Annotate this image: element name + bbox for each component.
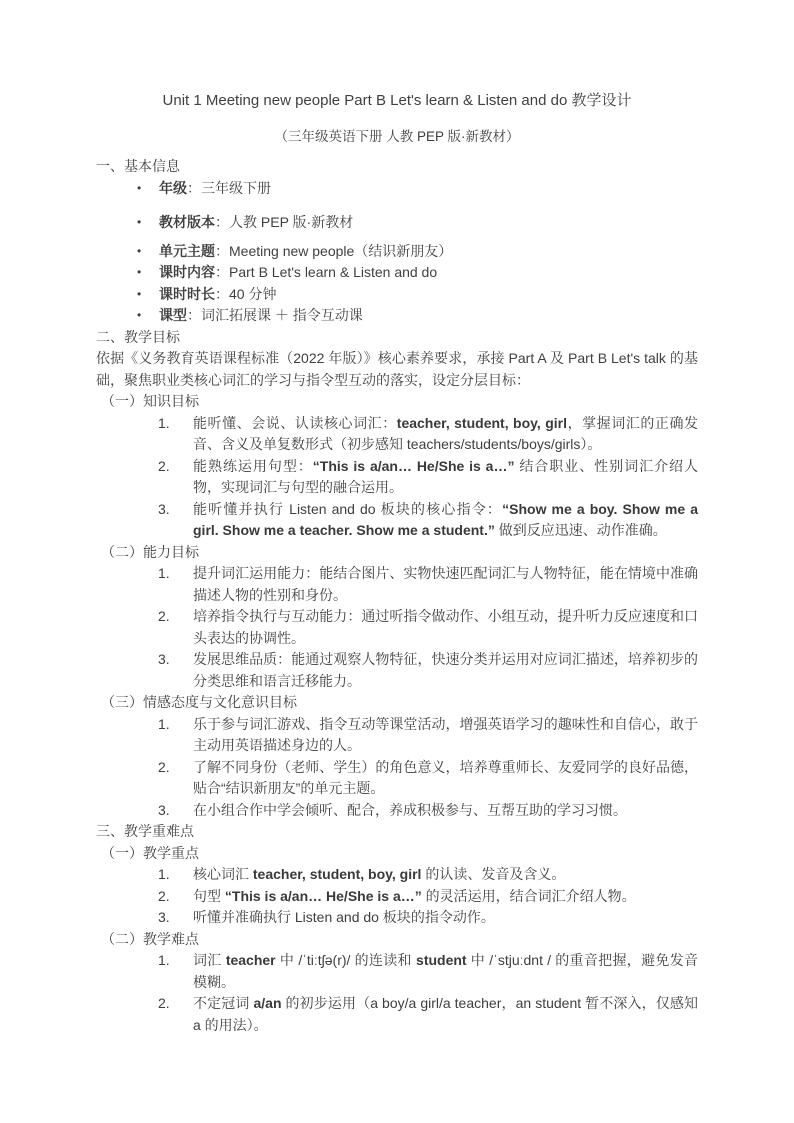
list-item: 3. 在小组合作中学会倾听、配合，养成积极参与、互帮互助的学习习惯。	[96, 800, 698, 822]
item-text: 乐于参与词汇游戏、指令互动等课堂活动，增强英语学习的趣味性和自信心，敢于主动用英…	[193, 714, 698, 757]
subsection-heading-knowledge: （一）知识目标	[101, 391, 698, 413]
item-number: 1.	[158, 413, 193, 456]
list-item: 2. 培养指令执行与互动能力：通过听指令做动作、小组互动，提升听力反应速度和口头…	[96, 606, 698, 649]
item-number: 3.	[158, 499, 193, 542]
item-text: 发展思维品质：能通过观察人物特征，快速分类并运用对应词汇描述，培养初步的分类思维…	[193, 649, 698, 692]
text-run-bold: teacher	[226, 952, 276, 968]
item-number: 1.	[158, 950, 193, 993]
list-item: • 教材版本：人教 PEP 版·新教材	[96, 212, 698, 234]
text-run: 的认读、发音及含义。	[421, 866, 565, 882]
list-item: 1. 提升词汇运用能力：能结合图片、实物快速匹配词汇与人物特征，能在情境中准确描…	[96, 563, 698, 606]
section-heading-basic-info: 一、基本信息	[96, 156, 698, 178]
item-number: 1.	[158, 563, 193, 606]
text-run: 培养指令执行与互动能力：通过听指令做动作、小组互动，提升听力反应速度和口头表达的…	[193, 608, 698, 646]
info-value: ：Part B Let's learn & Listen and do	[215, 264, 437, 280]
section-heading-key-points: 三、教学重难点	[96, 821, 698, 843]
text-run: 中 /ˈtiːtʃə(r)/ 的连读和	[276, 952, 416, 968]
item-text: 在小组合作中学会倾听、配合，养成积极参与、互帮互助的学习习惯。	[193, 800, 698, 822]
text-run: 核心词汇	[193, 866, 253, 882]
list-item: 3. 能听懂并执行 Listen and do 板块的核心指令：“Show me…	[96, 499, 698, 542]
list-item: 2. 句型 “This is a/an… He/She is a…” 的灵活运用…	[96, 886, 698, 908]
item-number: 3.	[158, 800, 193, 822]
info-label: 课时时长	[159, 286, 215, 302]
text-run: 的灵活运用，结合词汇介绍人物。	[422, 888, 636, 904]
text-run: 能听懂、会说、认读核心词汇：	[193, 415, 397, 431]
text-run-bold: teacher, student, boy, girl	[253, 866, 422, 882]
item-number: 3.	[158, 649, 193, 692]
text-run: 能听懂并执行 Listen and do 板块的核心指令：	[193, 501, 502, 517]
subsection-heading-ability: （二）能力目标	[101, 542, 698, 564]
bullet-icon: •	[137, 178, 159, 200]
text-run-bold: student	[416, 952, 467, 968]
text-run: 在小组合作中学会倾听、配合，养成积极参与、互帮互助的学习习惯。	[193, 802, 627, 818]
item-text: 句型 “This is a/an… He/She is a…” 的灵活运用，结合…	[193, 886, 698, 908]
teaching-difficulty-list: 1. 词汇 teacher 中 /ˈtiːtʃə(r)/ 的连读和 studen…	[96, 950, 698, 1036]
item-number: 2.	[158, 456, 193, 499]
bullet-icon: •	[137, 284, 159, 306]
item-number: 1.	[158, 714, 193, 757]
item-text: 培养指令执行与互动能力：通过听指令做动作、小组互动，提升听力反应速度和口头表达的…	[193, 606, 698, 649]
knowledge-objectives-list: 1. 能听懂、会说、认读核心词汇：teacher, student, boy, …	[96, 413, 698, 542]
item-number: 2.	[158, 993, 193, 1036]
teaching-focus-list: 1. 核心词汇 teacher, student, boy, girl 的认读、…	[96, 864, 698, 929]
item-number: 2.	[158, 886, 193, 908]
text-run: 听懂并准确执行 Listen and do 板块的指令动作。	[193, 909, 495, 925]
bullet-icon: •	[137, 212, 159, 234]
info-value: ：40 分钟	[215, 286, 276, 302]
text-run: 做到反应迅速、动作准确。	[495, 522, 667, 538]
subsection-heading-emotion: （三）情感态度与文化意识目标	[101, 692, 698, 714]
list-item: • 课时时长：40 分钟	[96, 284, 698, 306]
list-item: 2. 了解不同身份（老师、学生）的角色意义，培养尊重师长、友爱同学的良好品德，贴…	[96, 757, 698, 800]
text-run: 句型	[193, 888, 225, 904]
bullet-icon: •	[137, 241, 159, 263]
text-run: 词汇	[193, 952, 226, 968]
list-item: 1. 词汇 teacher 中 /ˈtiːtʃə(r)/ 的连读和 studen…	[96, 950, 698, 993]
item-text: 了解不同身份（老师、学生）的角色意义，培养尊重师长、友爱同学的良好品德，贴合“结…	[193, 757, 698, 800]
info-value: ：Meeting new people（结识新朋友）	[215, 243, 452, 259]
document-title: Unit 1 Meeting new people Part B Let's l…	[96, 90, 698, 112]
document-page: Unit 1 Meeting new people Part B Let's l…	[0, 0, 794, 1123]
info-value: ：三年级下册	[187, 180, 271, 196]
text-run: 乐于参与词汇游戏、指令互动等课堂活动，增强英语学习的趣味性和自信心，敢于主动用英…	[193, 716, 698, 754]
info-value: ：词汇拓展课 ＋ 指令互动课	[187, 307, 363, 323]
list-item: • 单元主题：Meeting new people（结识新朋友）	[96, 241, 698, 263]
list-item: • 年级：三年级下册	[96, 178, 698, 200]
item-text: 听懂并准确执行 Listen and do 板块的指令动作。	[193, 907, 698, 929]
section-heading-objectives: 二、教学目标	[96, 327, 698, 349]
item-number: 2.	[158, 606, 193, 649]
list-item: 2. 不定冠词 a/an 的初步运用（a boy/a girl/a teache…	[96, 993, 698, 1036]
item-text: 能听懂并执行 Listen and do 板块的核心指令：“Show me a …	[193, 499, 698, 542]
item-text: 能听懂、会说、认读核心词汇：teacher, student, boy, gir…	[193, 413, 698, 456]
basic-info-list: • 年级：三年级下册 • 教材版本：人教 PEP 版·新教材 • 单元主题：Me…	[96, 178, 698, 327]
text-run-bold: “This is a/an… He/She is a…”	[225, 888, 422, 904]
text-run: 不定冠词	[193, 995, 254, 1011]
list-item: • 课时内容：Part B Let's learn & Listen and d…	[96, 262, 698, 284]
text-run: 能熟练运用句型：	[193, 458, 313, 474]
item-number: 3.	[158, 907, 193, 929]
item-number: 1.	[158, 864, 193, 886]
item-text: 词汇 teacher 中 /ˈtiːtʃə(r)/ 的连读和 student 中…	[193, 950, 698, 993]
objectives-intro: 依据《义务教育英语课程标准（2022 年版）》核心素养要求，承接 Part A …	[96, 348, 698, 391]
emotion-objectives-list: 1. 乐于参与词汇游戏、指令互动等课堂活动，增强英语学习的趣味性和自信心，敢于主…	[96, 714, 698, 822]
list-item: • 课型：词汇拓展课 ＋ 指令互动课	[96, 305, 698, 327]
list-item: 3. 发展思维品质：能通过观察人物特征，快速分类并运用对应词汇描述，培养初步的分…	[96, 649, 698, 692]
item-text: 提升词汇运用能力：能结合图片、实物快速匹配词汇与人物特征，能在情境中准确描述人物…	[193, 563, 698, 606]
info-label: 课时内容	[159, 264, 215, 280]
list-item: 3. 听懂并准确执行 Listen and do 板块的指令动作。	[96, 907, 698, 929]
list-item: 1. 能听懂、会说、认读核心词汇：teacher, student, boy, …	[96, 413, 698, 456]
item-text: 能熟练运用句型：“This is a/an… He/She is a…” 结合职…	[193, 456, 698, 499]
text-run: 发展思维品质：能通过观察人物特征，快速分类并运用对应词汇描述，培养初步的分类思维…	[193, 651, 698, 689]
info-label: 年级	[159, 180, 187, 196]
text-run: 提升词汇运用能力：能结合图片、实物快速匹配词汇与人物特征，能在情境中准确描述人物…	[193, 565, 698, 603]
bullet-icon: •	[137, 305, 159, 327]
text-run-bold: a/an	[254, 995, 282, 1011]
document-subtitle: （三年级英语下册 人教 PEP 版·新教材）	[96, 126, 698, 148]
text-run-bold: “This is a/an… He/She is a…”	[313, 458, 515, 474]
text-run-bold: teacher, student, boy, girl	[397, 415, 567, 431]
item-text: 核心词汇 teacher, student, boy, girl 的认读、发音及…	[193, 864, 698, 886]
item-number: 2.	[158, 757, 193, 800]
item-text: 不定冠词 a/an 的初步运用（a boy/a girl/a teacher，a…	[193, 993, 698, 1036]
subsection-heading-difficulty: （二）教学难点	[101, 929, 698, 951]
bullet-icon: •	[137, 262, 159, 284]
list-item: 1. 核心词汇 teacher, student, boy, girl 的认读、…	[96, 864, 698, 886]
info-label: 课型	[159, 307, 187, 323]
subsection-heading-focus: （一）教学重点	[101, 843, 698, 865]
list-item: 2. 能熟练运用句型：“This is a/an… He/She is a…” …	[96, 456, 698, 499]
ability-objectives-list: 1. 提升词汇运用能力：能结合图片、实物快速匹配词汇与人物特征，能在情境中准确描…	[96, 563, 698, 692]
text-run: 了解不同身份（老师、学生）的角色意义，培养尊重师长、友爱同学的良好品德，贴合“结…	[193, 759, 698, 797]
info-value: ：人教 PEP 版·新教材	[215, 214, 353, 230]
info-label: 单元主题	[159, 243, 215, 259]
list-item: 1. 乐于参与词汇游戏、指令互动等课堂活动，增强英语学习的趣味性和自信心，敢于主…	[96, 714, 698, 757]
info-label: 教材版本	[159, 214, 215, 230]
